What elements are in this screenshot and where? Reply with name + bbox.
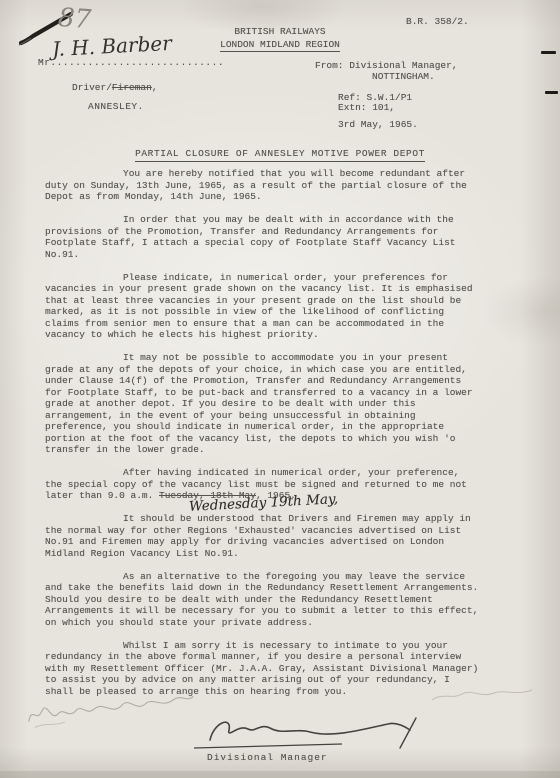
signature-line: [194, 744, 342, 748]
paragraph: As an alternative to the foregoing you m…: [45, 571, 482, 629]
deadline-paragraph: After having indicated in numerical orde…: [45, 467, 482, 502]
letter-date: 3rd May, 1965.: [338, 119, 418, 131]
addressee-grade: Driver/Fireman,: [72, 82, 158, 94]
edge-mark: [545, 91, 558, 94]
paragraph: You are hereby notified that you will be…: [45, 168, 482, 203]
paragraph: In order that you may be dealt with in a…: [45, 214, 482, 260]
letter-body: You are hereby notified that you will be…: [45, 168, 482, 709]
signature-scrawl: [192, 710, 427, 758]
paragraph: It may not be possible to accommodate yo…: [45, 352, 482, 456]
scan-bottom-edge: [0, 771, 560, 778]
paragraph: Please indicate, in numerical order, you…: [45, 272, 482, 341]
addressee-depot: ANNESLEY.: [88, 101, 144, 113]
sender-extn: Extn: 101,: [338, 102, 395, 114]
form-reference: B.R. 358/2.: [406, 16, 469, 28]
pencil-margin-scrawl: [428, 686, 538, 706]
paragraph: Whilst I am sorry it is necessary to int…: [45, 640, 482, 698]
scanned-letter-page: 87 BRITISH RAILWAYS LONDON MIDLAND REGIO…: [0, 0, 560, 778]
letter-title: PARTIAL CLOSURE OF ANNESLEY MOTIVE POWER…: [135, 148, 425, 162]
paragraph: It should be understood that Drivers and…: [45, 513, 482, 559]
grade-comma: ,: [152, 82, 158, 93]
grade-driver: Driver/: [72, 82, 112, 93]
letterhead-region: LONDON MIDLAND REGION: [220, 39, 340, 53]
sender-from: From: Divisional Manager,: [315, 60, 458, 72]
letter-title-row: PARTIAL CLOSURE OF ANNESLEY MOTIVE POWER…: [0, 148, 560, 162]
grade-fireman-struck: Fireman: [112, 82, 152, 93]
edge-mark: [541, 51, 556, 54]
sender-location: NOTTINGHAM.: [372, 71, 435, 83]
signatory-title: Divisional Manager: [207, 752, 328, 764]
